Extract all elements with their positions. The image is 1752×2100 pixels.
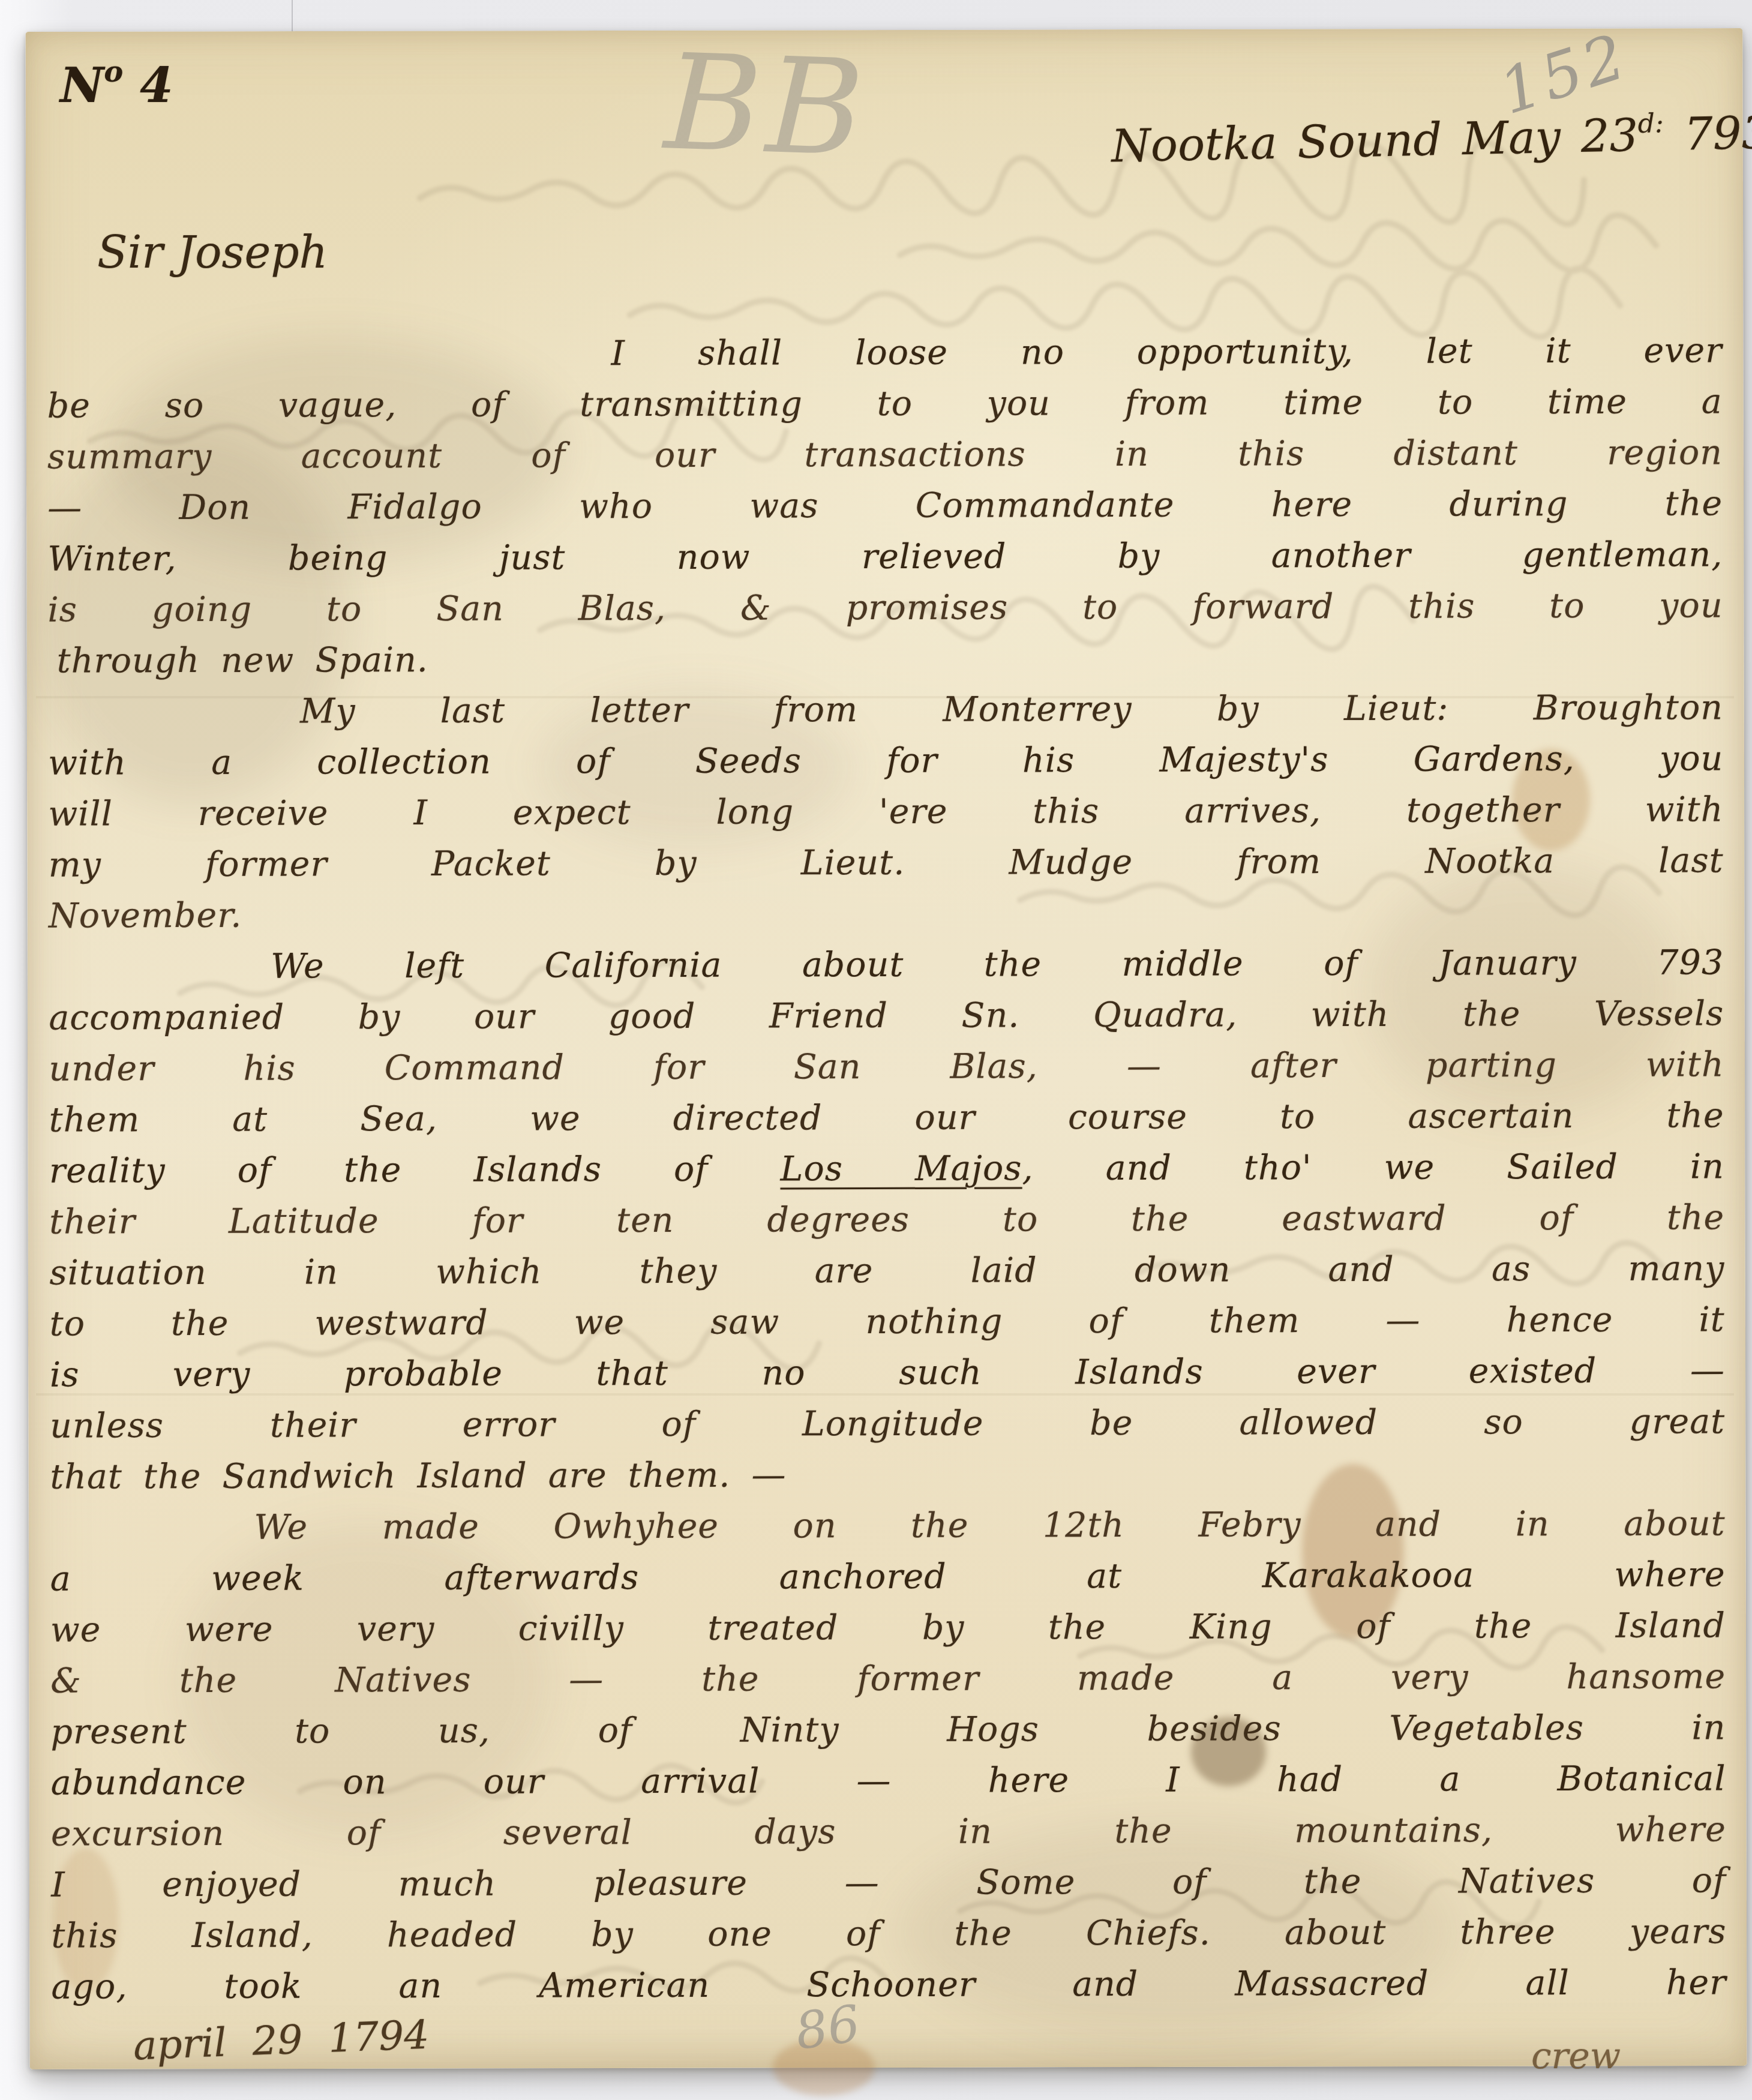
- letter-line: & the Natives — the former made a very h…: [50, 1651, 1726, 1706]
- letter-line: that the Sandwich Island are them. —: [50, 1447, 1725, 1502]
- underlined-phrase: Los Majos: [780, 1148, 1022, 1189]
- letter-line: ago, took an American Schooner and Massa…: [51, 1957, 1726, 2012]
- dateline-place: Nootka Sound: [1111, 113, 1442, 173]
- folio-num: 4: [140, 57, 173, 113]
- letter-line: accompanied by our good Friend Sn. Quadr…: [49, 988, 1724, 1043]
- folio-main: N: [60, 57, 104, 113]
- letter-line: is very probable that no such Islands ev…: [50, 1345, 1725, 1400]
- letter-line: a week afterwards anchored at Karakakooa…: [50, 1549, 1726, 1604]
- letter-line: My last letter from Monterrey by Lieut: …: [48, 682, 1723, 737]
- letter-line: unless their error of Longitude be allow…: [50, 1396, 1725, 1451]
- letter-line: I shall loose no opportunity, let it eve…: [47, 325, 1722, 380]
- dateline-day: May 23: [1462, 109, 1639, 165]
- letter-line: we were very civilly treated by the King…: [50, 1600, 1726, 1655]
- letter-line: situation in which they are laid down an…: [49, 1243, 1724, 1298]
- letter-line: Winter, being just now relieved by anoth…: [47, 529, 1723, 584]
- letter-line: their Latitude for ten degrees to the ea…: [49, 1192, 1724, 1247]
- folio-sup: o: [104, 55, 123, 89]
- letter-line: through new Spain.: [48, 631, 1723, 686]
- letter-line: this Island, headed by one of the Chiefs…: [51, 1906, 1726, 1961]
- letter-line: present to us, of Ninty Hogs besides Veg…: [50, 1702, 1726, 1757]
- letter-line: We left California about the middle of J…: [49, 937, 1724, 992]
- letter-line: be so vague, of transmitting to you from…: [47, 376, 1723, 431]
- letter-line: November.: [49, 886, 1724, 941]
- letter-line: my former Packet by Lieut. Mudge from No…: [49, 835, 1724, 890]
- letter-line: is going to San Blas, & promises to forw…: [47, 580, 1723, 635]
- letter-body: I shall loose no opportunity, let it eve…: [47, 325, 1726, 2012]
- pencil-folio-number: 86: [792, 1994, 863, 2061]
- letter-line: reality of the Islands of Los Majos, and…: [49, 1141, 1724, 1196]
- letter-line: summary account of our transactions in t…: [47, 427, 1723, 482]
- salutation: Sir Joseph: [97, 227, 328, 278]
- dateline-year: 793: [1684, 106, 1752, 161]
- letter-line: under his Command for San Blas, — after …: [49, 1039, 1724, 1094]
- letter-line: with a collection of Seeds for his Majes…: [48, 733, 1723, 788]
- dateline-sup: d:: [1637, 108, 1664, 139]
- catchword: crew: [1531, 2035, 1621, 2077]
- manuscript-letter-photo: No 4 BB 152 Nootka Sound May 23d: 793 Si…: [0, 0, 1752, 2100]
- letter-line: I enjoyed much pleasure — Some of the Na…: [51, 1855, 1726, 1910]
- letter-line: them at Sea, we directed our course to a…: [49, 1090, 1724, 1145]
- letter-line: excursion of several days in the mountai…: [51, 1804, 1726, 1859]
- pencil-initials: BB: [662, 25, 871, 186]
- letter-line: to the westward we saw nothing of them —…: [50, 1294, 1725, 1349]
- letter-line: We made Owhyhee on the 12th Febry and in…: [50, 1498, 1725, 1553]
- letter-line: abundance on our arrival — here I had a …: [51, 1753, 1726, 1808]
- letter-line: — Don Fidalgo who was Commandante here d…: [47, 478, 1723, 533]
- folio-number-ink: No 4: [60, 55, 173, 113]
- letter-line: will receive I expect long 'ere this arr…: [48, 784, 1723, 839]
